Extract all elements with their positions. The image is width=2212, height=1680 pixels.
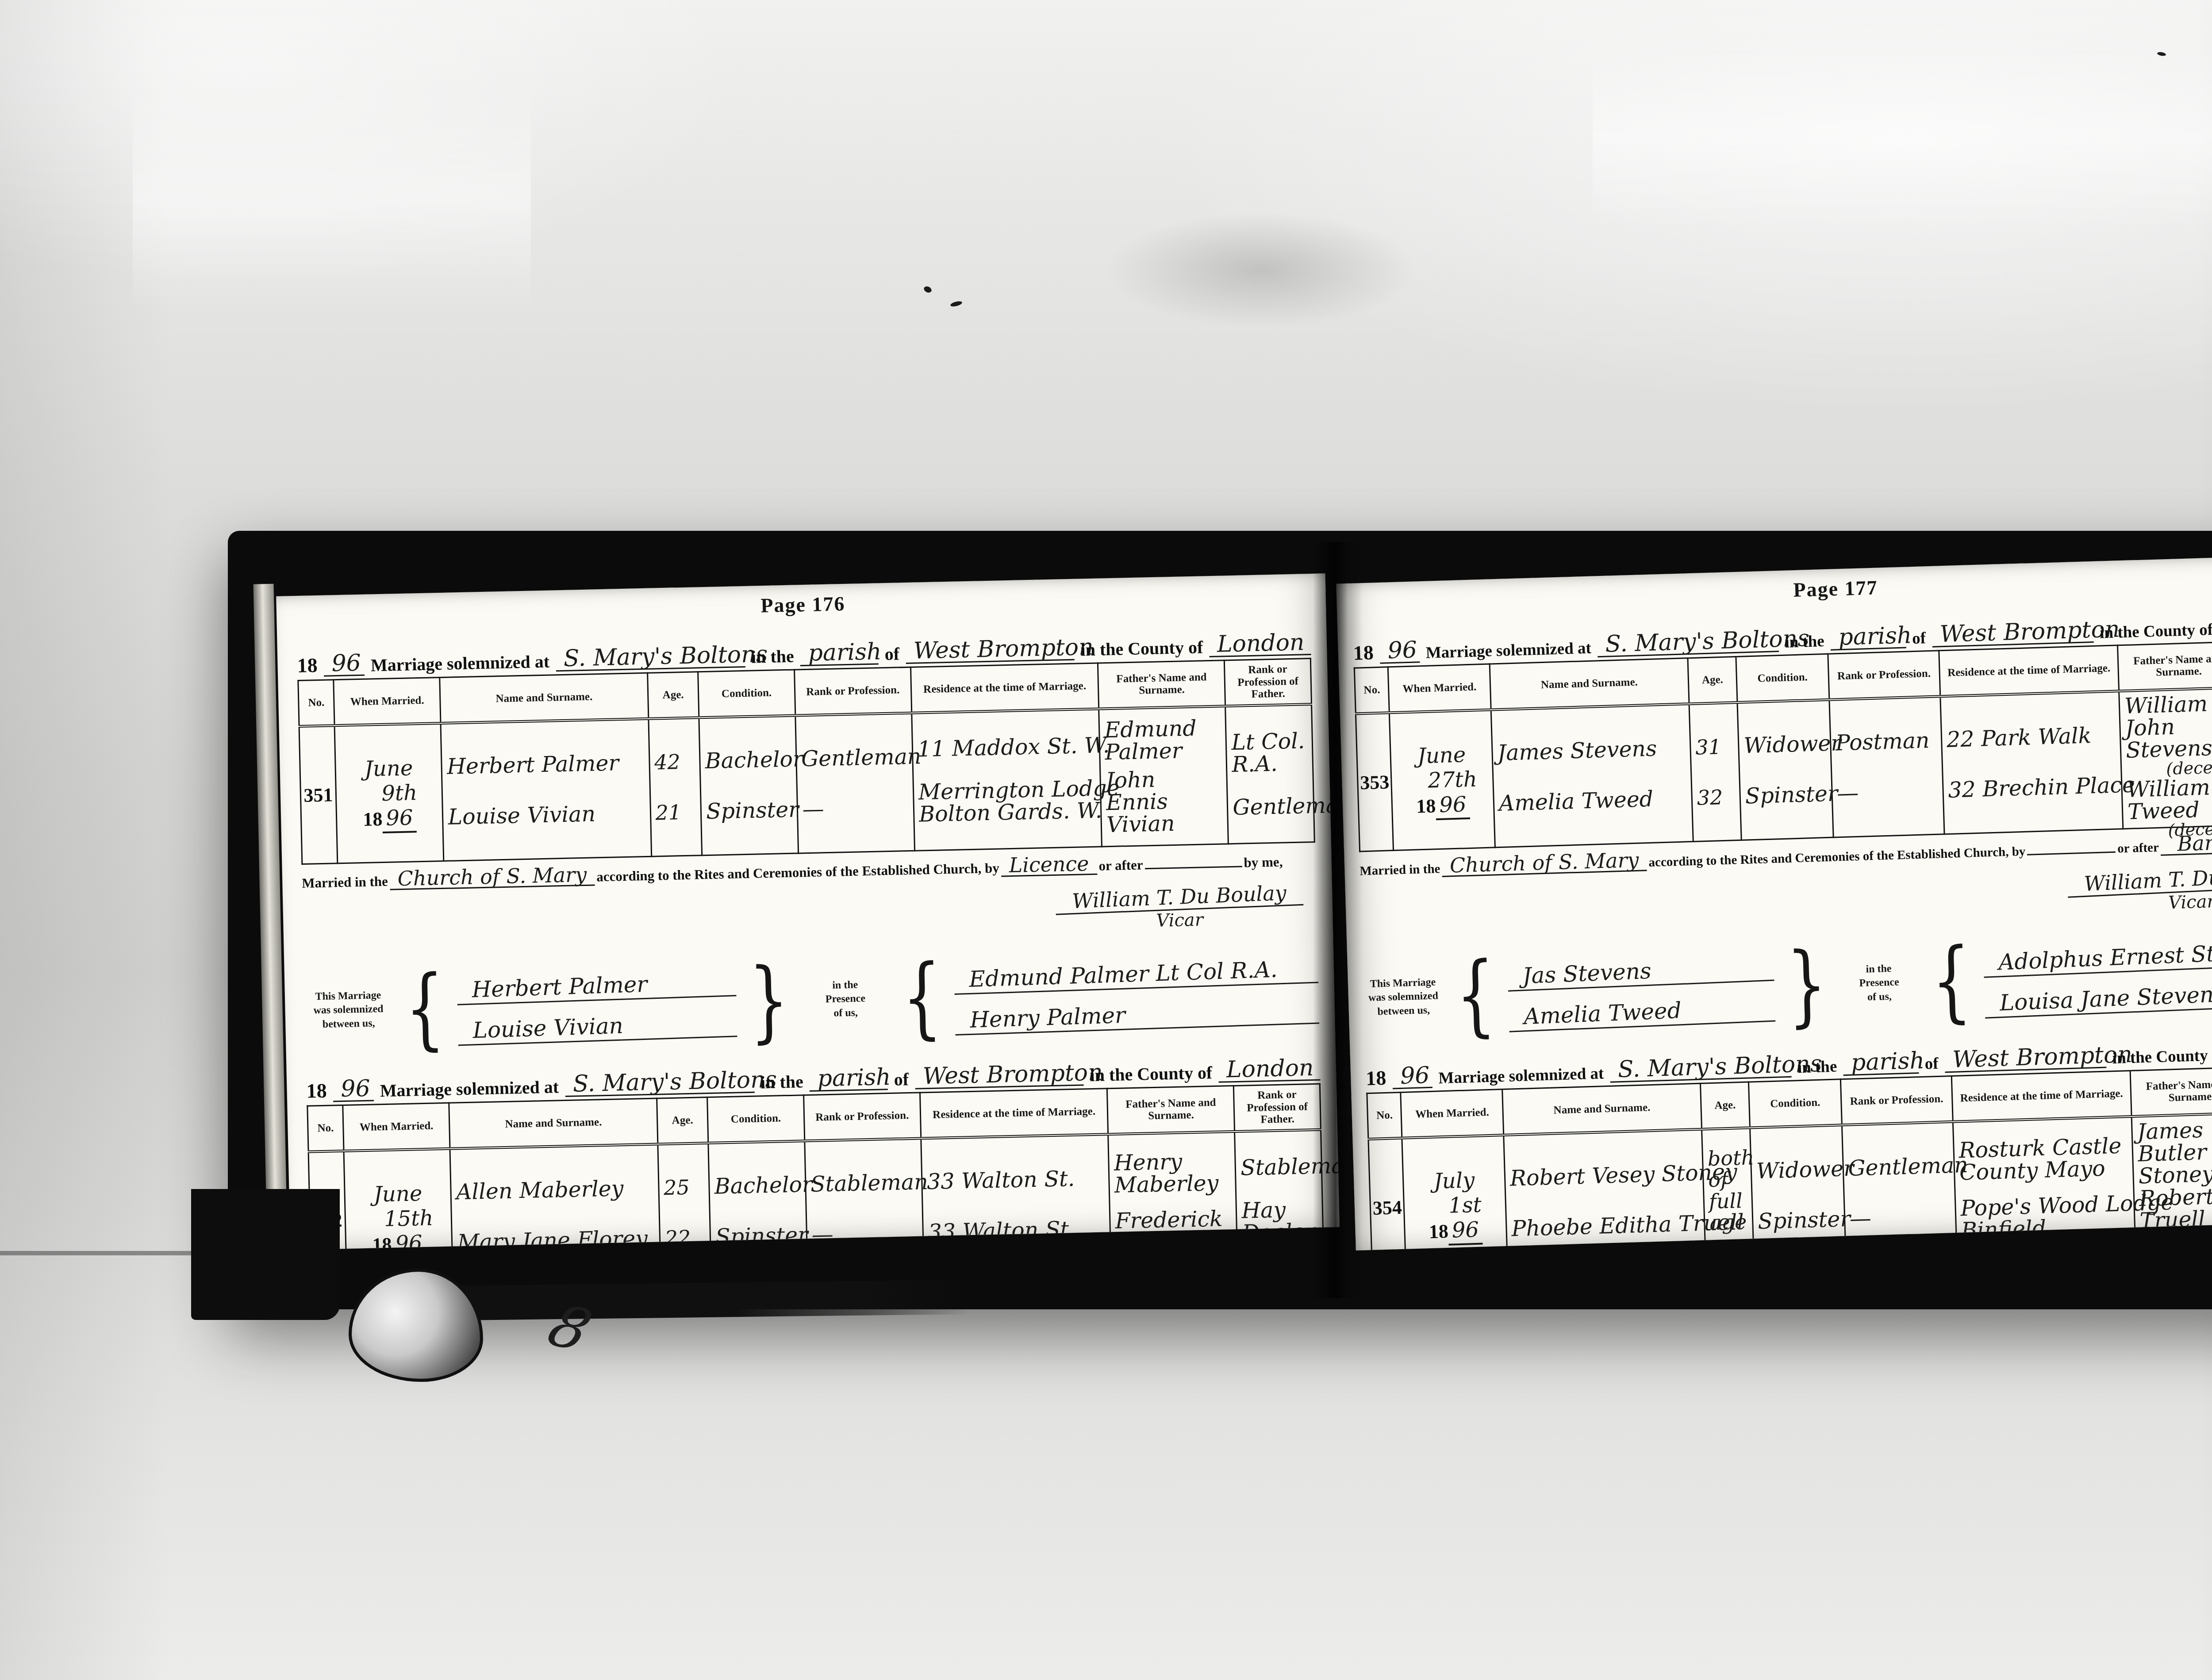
handwritten-year: 96 [323,653,365,677]
smudge [1106,212,1416,327]
groom-age: both of full age [1707,1147,1748,1234]
residence-cell: 11 Maddox St. W. Merrington Lodge Bolton… [912,709,1102,851]
ages-cell: both of full age [1701,1128,1754,1250]
column-header: When Married. [334,678,441,725]
father-cell: William John Stevens (deceased) William … [2119,687,2212,829]
register-entry-353: 1896 Marriage solemnized at S. Mary's Bo… [1352,591,2212,1045]
groom-father: Henry Maberley [1114,1150,1231,1197]
groom-father-rank: Lt Col. R.A. [1231,730,1308,776]
handwritten-after: Banns [2160,832,2212,856]
handwritten-year: 96 [1435,792,1470,820]
presence-label: in thePresenceof us, [801,978,890,1021]
day: 27th [1392,767,1493,794]
entry-number: 351 [299,725,338,864]
column-header: Father's Name and Surname. [1098,660,1225,709]
ages-cell: 31 32 [1689,702,1741,841]
bride-age: 21 [655,801,696,823]
printed-year-prefix: 18 [1416,795,1436,817]
register-page-177: Page 177 1896 Marriage solemnized at S. … [1336,554,2212,1250]
printed-text: in the [1797,1057,1837,1078]
printed-year-prefix: 18 [1366,1066,1387,1090]
handwritten-parish: parish [809,1067,888,1092]
column-header: Rank or Profession. [803,1093,921,1141]
handwritten-year: 96 [333,1078,374,1102]
names-cell: Robert Vesey Stoney Phoebe Editha Truell [1504,1129,1706,1250]
groom-residence-2: County Mayo [1959,1157,2128,1184]
bride-rank: — [1849,1205,1951,1230]
father-cell: Edmund Palmer John Ennis Vivian [1099,706,1229,847]
column-header: Name and Surname. [449,1098,657,1148]
names-cell: Allen Maberley Mary Jane Florey [450,1144,661,1250]
bride-condition: Spinster [706,799,792,823]
bride-rank: — [802,796,909,821]
handwritten-district: West Brompton [914,1063,1084,1089]
groom-residence: 11 Maddox St. W. [917,733,1110,762]
between-us-label: This Marriagewas solemnizedbetween us, [1363,975,1444,1019]
father-rank-cell: Lt Col. R.A. Gentleman [1225,704,1314,844]
printed-text: in the County of [2100,620,2212,643]
groom-condition: Bachelor [714,1174,800,1198]
month: June [345,1181,451,1208]
between-us-label: This Marriagewas solemnizedbetween us, [304,989,393,1032]
book-gutter-shadow [1313,542,1363,1298]
handwritten-church: Church of S. Mary [389,865,595,890]
printed-text: of [884,643,899,664]
handwritten-parish: parish [1830,625,1906,651]
book-clamp-bar [191,1189,340,1320]
photo-of-marriage-register: Page 176 1896 Marriage solemnized at S. … [0,0,2212,1680]
handwritten-church: S. Mary's Boltons [1609,1055,1791,1083]
printed-text: Marriage solemnized at [1438,1064,1604,1088]
groom-name: Herbert Palmer [447,752,645,778]
printed-text: of [1912,629,1926,648]
column-header: Condition. [1749,1079,1842,1128]
printed-text: in the [1785,632,1825,652]
column-header: Condition. [1736,654,1829,702]
column-header: Age. [647,672,699,718]
brace-decoration: { [901,957,942,1038]
register-page-176: Page 176 1896 Marriage solemnized at S. … [276,573,1340,1250]
handwritten-after [1145,865,1242,870]
printed-text: in the [751,646,795,667]
witness-signature: Adolphus Ernest Stevens [1983,931,2212,978]
witness-signature: Henry Palmer [954,991,1319,1036]
column-header: Age. [1688,656,1737,703]
brace-decoration: } [1786,945,1828,1026]
groom-condition: Widower [1743,733,1826,757]
handwritten-church: S. Mary's Boltons [565,1070,754,1097]
residence-cell: 22 Park Walk 32 Brechin Place [1940,691,2123,834]
bride-residence: 32 Brechin Place [1948,775,2117,802]
when-married-cell: July 1st 1896 [1402,1135,1508,1251]
day: 1st [1405,1192,1505,1220]
column-header: Residence at the time of Marriage. [910,663,1099,713]
rank-cell: Postman — [1829,696,1944,837]
day: 9th [336,780,442,807]
printed-text: according to the Rites and Ceremonies of… [1648,844,2026,870]
column-header: Father's Name and Surname. [1107,1086,1235,1134]
column-header: Condition. [698,670,795,717]
column-header: When Married. [343,1103,450,1151]
groom-rank: Gentleman [1848,1155,1950,1180]
month: June [1391,742,1492,770]
shelf-line [0,1251,200,1255]
handwritten-year: 96 [392,1231,426,1250]
register-table: No. When Married. Name and Surname. Age.… [297,658,1315,865]
column-header: No. [307,1105,344,1152]
column-header: Name and Surname. [1502,1083,1702,1135]
rank-cell: Gentleman — [1842,1121,1957,1250]
month: June [336,755,442,782]
bride-father: Robert Truell [2139,1185,2212,1232]
witness-signatures: Adolphus Ernest Stevens Louisa Jane Stev… [1983,933,2212,1016]
officiant-signature: William T. Du Boulay Vicar [1055,883,1304,933]
brace-decoration: { [404,968,445,1049]
presence-label: in thePresenceof us, [1839,961,1920,1005]
condition-cell: Widower Spinster [1750,1125,1846,1250]
book-bottom-shadow [448,1280,970,1320]
handwritten-year: 96 [1448,1217,1483,1246]
condition-cell: Bachelor Spinster [699,715,798,855]
light-streak [1593,44,2212,230]
groom-name: Robert Vesey Stoney [1509,1162,1698,1190]
register-table: No. When Married. Name and Surname. Age.… [307,1083,1325,1250]
column-header: When Married. [1401,1089,1503,1138]
couple-signatures: Herbert Palmer Louise Vivian [457,965,737,1045]
officiant-signature: William T. Du Boulay Vicar [2067,863,2212,916]
handwritten-year: 96 [382,805,417,834]
printed-text: in the County of [1080,637,1203,660]
couple-signatures: Jas Stevens Amelia Tweed [1507,950,1775,1031]
printed-text: Marriage solemnized at [380,1076,559,1101]
groom-condition: Bachelor [705,748,791,772]
handwritten-year: 96 [1392,1065,1432,1089]
printed-text: Married in the [1359,862,1440,878]
groom-name: James Stevens [1497,737,1686,765]
witness-signature: Edmund Palmer Lt Col R.A. [953,951,1318,995]
column-header: Rank or Profession of Father. [1225,659,1312,706]
groom-rank: Gentleman [801,746,908,770]
handwritten-church: S. Mary's Boltons [1597,629,1779,657]
groom-rank: Stableman [810,1171,917,1196]
brace-decoration: { [1455,955,1496,1036]
column-header: Residence at the time of Marriage. [1939,645,2119,696]
column-header: Rank or Profession. [794,667,911,715]
printed-text: in the County of [1090,1062,1213,1085]
bride-condition: Spinster [1745,783,1827,807]
groom-age: 31 [1695,736,1734,759]
column-header: No. [1367,1092,1402,1139]
handwritten-district: West Brompton [905,637,1075,664]
printed-text: Married in the [302,874,388,891]
printed-text: in the County of [2112,1046,2212,1068]
printed-text: in the [760,1071,803,1093]
column-header: Age. [1700,1082,1750,1129]
printed-text: of [894,1069,909,1090]
handwritten-year: 96 [1379,640,1420,664]
printed-year-prefix: 18 [1429,1220,1448,1243]
names-cell: James Stevens Amelia Tweed [1491,704,1693,848]
printed-text: or after [1098,857,1143,873]
handwritten-church: Church of S. Mary [1442,851,1647,877]
residence-cell: 33 Walton St. 33 Walton St. [921,1134,1111,1250]
brace-decoration: } [749,961,790,1041]
brace-decoration: { [1931,941,1972,1022]
column-header: Name and Surname. [1490,658,1689,710]
column-header: Condition. [707,1095,805,1143]
column-header: Rank or Profession. [1840,1076,1953,1124]
bride-name: Amelia Tweed [1498,787,1687,815]
handwritten-by: Licence [1001,855,1097,877]
handwritten-parish: parish [800,642,879,667]
column-header: Age. [657,1097,708,1144]
groom-father: William John Stevens [2124,692,2212,762]
bride-age: 32 [1697,786,1736,809]
day: 15th [346,1205,451,1232]
entry-row: 353 June 27th 1896 James Stevens Amelia … [1356,685,2212,852]
groom-signature: Jas Stevens [1507,948,1774,992]
column-header: Father's Name and Surname. [2130,1067,2212,1116]
names-cell: Herbert Palmer Louise Vivian [441,718,651,861]
printed-year-prefix: 18 [363,808,383,830]
groom-age: 25 [664,1177,704,1199]
condition-cell: Widower Spinster [1737,699,1833,840]
dust-speck [923,285,933,294]
handwritten-church: S. Mary's Boltons [555,644,745,671]
printed-year-prefix: 18 [297,653,318,677]
column-header: No. [298,680,334,726]
handwritten-district: West Brompton [1932,620,2094,648]
printed-text: or after [2117,840,2159,856]
column-header: Rank or Profession. [1828,651,1940,699]
printed-text: Marriage solemnized at [370,651,549,676]
condition-cell: Bachelor Spinster [708,1141,807,1250]
handwritten-parish: parish [1843,1051,1919,1076]
printed-text: by me, [1244,854,1283,871]
groom-name: Allen Maberley [456,1177,654,1204]
groom-residence: 22 Park Walk [1946,723,2092,753]
column-header: When Married. [1388,664,1491,713]
register-table: No. When Married. Name and Surname. Age.… [1366,1064,2212,1250]
entry-number: 354 [1368,1138,1406,1250]
groom-residence: 33 Walton St. [927,1166,1075,1194]
handwritten-district: West Brompton [1944,1045,2106,1073]
rank-cell: Gentleman — [795,713,914,853]
ages-cell: 42 21 [649,717,702,856]
when-married-cell: June 9th 1896 [334,723,444,863]
light-streak [133,88,531,310]
witness-signatures: Edmund Palmer Lt Col R.A. Henry Palmer [953,952,1319,1034]
ages-cell: 25 22 [658,1143,711,1250]
bride-father: John Ennis Vivian [1105,767,1223,836]
handwritten-by [2027,851,2116,855]
groom-signature: Herbert Palmer [457,963,737,1005]
bride-signature: Louise Vivian [457,1004,737,1046]
when-married-cell: June 15th 1896 [344,1148,453,1250]
groom-condition: Widower [1756,1158,1838,1182]
handwritten-county: London [1209,632,1311,657]
column-header: Rank or Profession of Father. [1234,1084,1321,1131]
groom-father: James Butler Stoney [2137,1118,2212,1188]
printed-year-prefix: 18 [372,1234,392,1250]
printed-text: according to the Rites and Ceremonies of… [596,860,999,885]
entry-row: 351 June 9th 1896 Herbert Palmer Louise … [299,704,1314,864]
groom-age: 42 [654,751,695,773]
bride-signature: Amelia Tweed [1508,989,1775,1032]
rank-cell: Stableman — [804,1138,924,1250]
bride-residence-2: Bolton Gards. W. [919,800,1096,826]
when-married-cell: June 27th 1896 [1390,710,1495,851]
column-header: Residence at the time of Marriage. [920,1089,1108,1138]
groom-father-rank: Stableman [1240,1155,1317,1179]
printed-text: of [1924,1054,1939,1074]
bride-condition: Spinster [1758,1208,1840,1233]
dust-speck [950,300,963,307]
printed-year-prefix: 18 [306,1079,327,1103]
register-table: No. When Married. Name and Surname. Age.… [1354,639,2212,852]
month: July [1404,1167,1505,1195]
column-header: Residence at the time of Marriage. [1951,1070,2131,1121]
groom-father: Edmund Palmer [1104,717,1221,764]
groom-rank: Postman [1835,729,1937,755]
printed-text: Marriage solemnized at [1425,639,1591,663]
bride-name: Louise Vivian [448,802,645,828]
bride-father-rank: Gentleman [1233,795,1309,819]
register-entry-352: 1896 Marriage solemnized at S. Mary's Bo… [306,1036,1329,1250]
bride-rank: — [1837,780,1939,805]
column-header: Name and Surname. [440,673,648,723]
bride-name: Phoebe Editha Truell [1511,1212,1700,1240]
register-entry-354: 1896 Marriage solemnized at S. Mary's Bo… [1365,1016,2212,1250]
handwritten-county: London [1218,1058,1321,1083]
bride-father: William Tweed [2127,775,2212,823]
witness-signature: Louisa Jane Stevens [1984,972,2212,1018]
register-entry-351: 1896 Marriage solemnized at S. Mary's Bo… [296,610,1319,1058]
column-header: Father's Name and Surname. [2118,642,2212,691]
